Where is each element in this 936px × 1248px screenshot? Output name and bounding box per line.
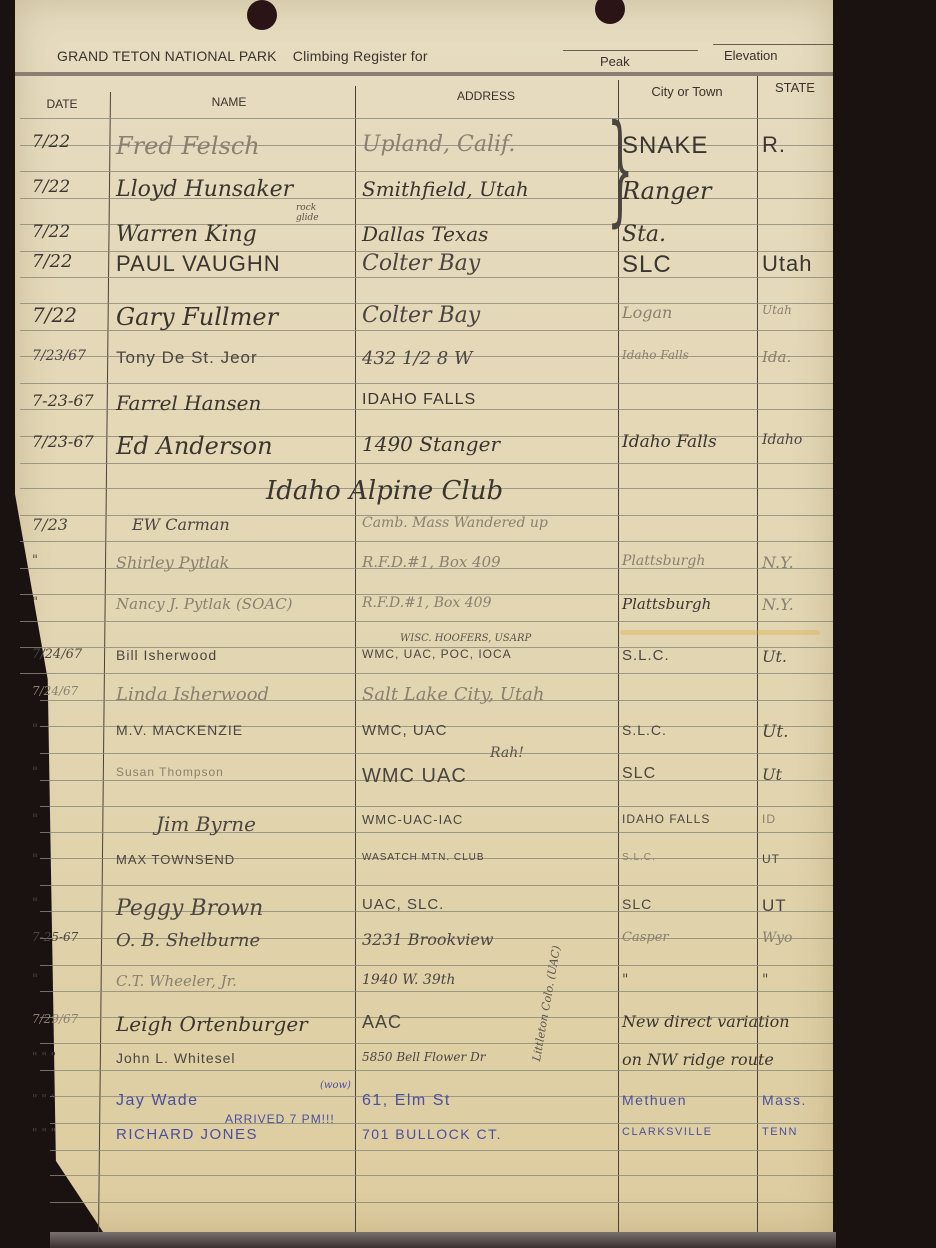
entry-date: 7/24/67 (32, 684, 78, 698)
entry-name: Fred Felsch (116, 132, 260, 160)
entry-address: 5850 Bell Flower Dr (362, 1050, 485, 1064)
bottom-edge (50, 1232, 836, 1248)
entry-state: Ut. (762, 647, 787, 666)
row-rule (20, 463, 833, 464)
entry-date: 7/22 (32, 222, 70, 242)
entry-address: Dallas Texas (362, 222, 488, 246)
row-rule (20, 383, 833, 384)
rock-glide-note: rock glide (296, 203, 320, 223)
entry-name: Jay Wade (116, 1092, 199, 1110)
peak-blank-line (563, 50, 698, 51)
row-rule (40, 753, 833, 754)
entry-name: Ed Anderson (116, 432, 273, 460)
peak-label: Peak (600, 54, 630, 69)
row-rule (20, 171, 833, 172)
entry-name: PAUL VAUGHN (116, 251, 281, 277)
entry-address: 1490 Stanger (362, 432, 500, 456)
entry-address: Camb. Mass Wandered up (362, 515, 548, 531)
entry-address: WMC, UAC, POC, IOCA (362, 647, 512, 661)
entry-date: " (32, 896, 38, 911)
column-header-date: DATE (20, 97, 104, 111)
entry-name: John L. Whitesel (116, 1050, 236, 1066)
row-rule (50, 1150, 833, 1151)
elevation-blank-line (713, 44, 833, 45)
entry-address: 61, Elm St (362, 1092, 451, 1110)
entry-address: Salt Lake City, Utah (362, 684, 544, 705)
entry-address: UAC, SLC. (362, 896, 444, 913)
entry-address: WMC UAC (362, 765, 467, 788)
entry-name: EW Carman (132, 515, 230, 534)
punch-hole (247, 0, 277, 30)
entry-state: Mass. (762, 1092, 807, 1108)
entry-city: " (622, 972, 628, 988)
entry-city: S.L.C. (622, 852, 656, 863)
column-header-address: ADDRESS (355, 89, 617, 103)
entry-city: on NW ridge route (622, 1050, 774, 1069)
entry-state: Wyo (762, 930, 792, 946)
entry-name: Linda Isherwood (116, 684, 269, 705)
entry-date: 7/23-67 (32, 432, 94, 451)
row-rule (20, 673, 833, 674)
entry-address: AAC (362, 1012, 402, 1033)
entry-address: R.F.D.#1, Box 409 (362, 595, 491, 611)
entry-name: Nancy J. Pytlak (SOAC) (116, 595, 293, 613)
entry-city: IDAHO FALLS (622, 812, 710, 826)
row-rule (40, 806, 833, 807)
entry-city: SNAKE (622, 132, 708, 160)
header-rule (15, 72, 833, 76)
elevation-label: Elevation (724, 48, 777, 63)
entry-date: 7/24/67 (32, 647, 82, 662)
row-rule (50, 1175, 833, 1176)
entry-state: R. (762, 132, 786, 158)
entry-state: UT (762, 896, 787, 916)
entry-date: 7/22 (32, 303, 77, 327)
entry-address: WMC-UAC-IAC (362, 812, 463, 827)
entry-state: ID (762, 812, 776, 826)
entry-date: " " " (32, 1092, 56, 1106)
entry-city: Plattsburgh (622, 595, 711, 613)
entry-address: 701 BULLOCK CT. (362, 1126, 502, 1142)
entry-address: R.F.D.#1, Box 409 (362, 553, 501, 571)
column-divider (618, 80, 619, 1235)
entry-address: IDAHO FALLS (362, 391, 476, 409)
address-annotation: Rah! (490, 745, 524, 761)
entry-name: Farrel Hansen (116, 391, 261, 415)
entry-state: UT (762, 852, 780, 866)
entry-date: " (32, 722, 38, 737)
entry-date: 7-25-67 (32, 930, 78, 944)
entry-city: Casper (622, 930, 669, 945)
entry-name: Warren King (116, 222, 257, 247)
column-header-city: City or Town (618, 84, 756, 99)
entry-city: New direct variation (622, 1012, 790, 1031)
entry-state: " (762, 972, 768, 988)
entry-city: Idaho Falls (622, 348, 689, 362)
entry-address: WASATCH MTN. CLUB (362, 852, 485, 863)
entry-date: " (32, 972, 38, 987)
entry-city: Idaho Falls (622, 432, 717, 452)
entry-city: Methuen (622, 1092, 687, 1108)
row-rule (20, 118, 833, 119)
entry-address: Smithfield, Utah (362, 177, 529, 201)
entry-state: Utah (762, 303, 792, 317)
row-rule (40, 1070, 833, 1071)
entry-city: Logan (622, 303, 672, 322)
column-header-name: NAME (104, 95, 354, 109)
row-rule (40, 991, 833, 992)
entry-name: C.T. Wheeler, Jr. (116, 972, 237, 990)
entry-address: 1940 W. 39th (362, 972, 455, 988)
entry-date: 7/23 (32, 515, 68, 534)
entry-name: RICHARD JONES (116, 1126, 258, 1143)
row-rule (50, 1123, 833, 1124)
entry-address: Colter Bay (362, 251, 480, 276)
entry-state: Ida. (762, 348, 791, 366)
entry-city: Ranger (622, 177, 711, 205)
entry-name: MAX TOWNSEND (116, 852, 235, 867)
row-rule (40, 965, 833, 966)
entry-state: TENN (762, 1126, 798, 1138)
entry-address: 432 1/2 8 W (362, 348, 472, 369)
entry-address: Colter Bay (362, 303, 480, 328)
row-rule (40, 885, 833, 886)
register-title: GRAND TETON NATIONAL PARK Climbing Regis… (57, 48, 428, 64)
entry-date: " (32, 812, 38, 827)
row-rule (40, 1043, 833, 1044)
park-name: GRAND TETON NATIONAL PARK (57, 48, 277, 64)
entry-date: 7-23-67 (32, 391, 94, 410)
entry-name: M.V. MACKENZIE (116, 722, 243, 738)
entry-date: " (32, 553, 38, 568)
entry-name: Bill Isherwood (116, 647, 217, 663)
name-annotation: ARRIVED 7 PM!!! (225, 1112, 335, 1126)
name-annotation: (wow) (320, 1080, 351, 1091)
entry-date: " " " (32, 1050, 56, 1064)
entry-name: Susan Thompson (116, 765, 224, 779)
row-rule (20, 621, 833, 622)
column-divider (355, 86, 356, 1235)
entry-state: Idaho (762, 432, 802, 448)
entry-name: O. B. Shelburne (116, 930, 260, 951)
entry-state: Ut (762, 765, 782, 784)
entry-city: SLC (622, 896, 652, 912)
entry-name: Lloyd Hunsaker (116, 177, 293, 202)
address-annotation: WISC. HOOFERS, USARP (400, 633, 531, 644)
entry-state: N.Y. (762, 553, 794, 572)
entry-state: Utah (762, 251, 812, 277)
column-header-state: STATE (757, 80, 833, 95)
entry-date: " " " (32, 1126, 56, 1140)
entry-address: WMC, UAC (362, 722, 448, 739)
entry-name: Gary Fullmer (116, 303, 278, 331)
entry-date: 7/23/67 (32, 348, 86, 364)
row-rule (50, 1202, 833, 1203)
entry-city: SLC (622, 251, 672, 279)
row-rule (20, 541, 833, 542)
entry-name: Peggy Brown (116, 896, 263, 921)
row-rule (20, 277, 833, 278)
entry-name: Idaho Alpine Club (266, 476, 503, 506)
entry-date: 7/29/67 (32, 1012, 78, 1026)
entry-date: 7/22 (32, 177, 70, 197)
entry-city: Plattsburgh (622, 553, 705, 569)
paper-stain (620, 630, 820, 635)
entry-state: N.Y. (762, 595, 794, 614)
entry-date: " (32, 595, 38, 610)
entry-address: 3231 Brookview (362, 930, 494, 949)
entry-state: Ut. (762, 722, 789, 742)
entry-city: S.L.C. (622, 722, 667, 738)
entry-date: 7/22 (32, 132, 70, 152)
entry-date: " (32, 852, 38, 867)
entry-address: Upland, Calif. (362, 132, 515, 157)
entry-name: Shirley Pytlak (116, 553, 229, 572)
entry-date: 7/22 (32, 251, 72, 272)
entry-name: Tony De St. Jeor (116, 348, 258, 368)
entry-name: Jim Byrne (156, 812, 256, 836)
entry-city: CLARKSVILLE (622, 1126, 712, 1138)
register-label: Climbing Register for (293, 48, 428, 64)
entry-city: S.L.C. (622, 647, 670, 664)
entry-city: SLC (622, 765, 656, 783)
entry-date: " (32, 765, 38, 780)
entry-name: Leigh Ortenburger (116, 1012, 308, 1036)
bracket-mark: } (607, 110, 634, 230)
